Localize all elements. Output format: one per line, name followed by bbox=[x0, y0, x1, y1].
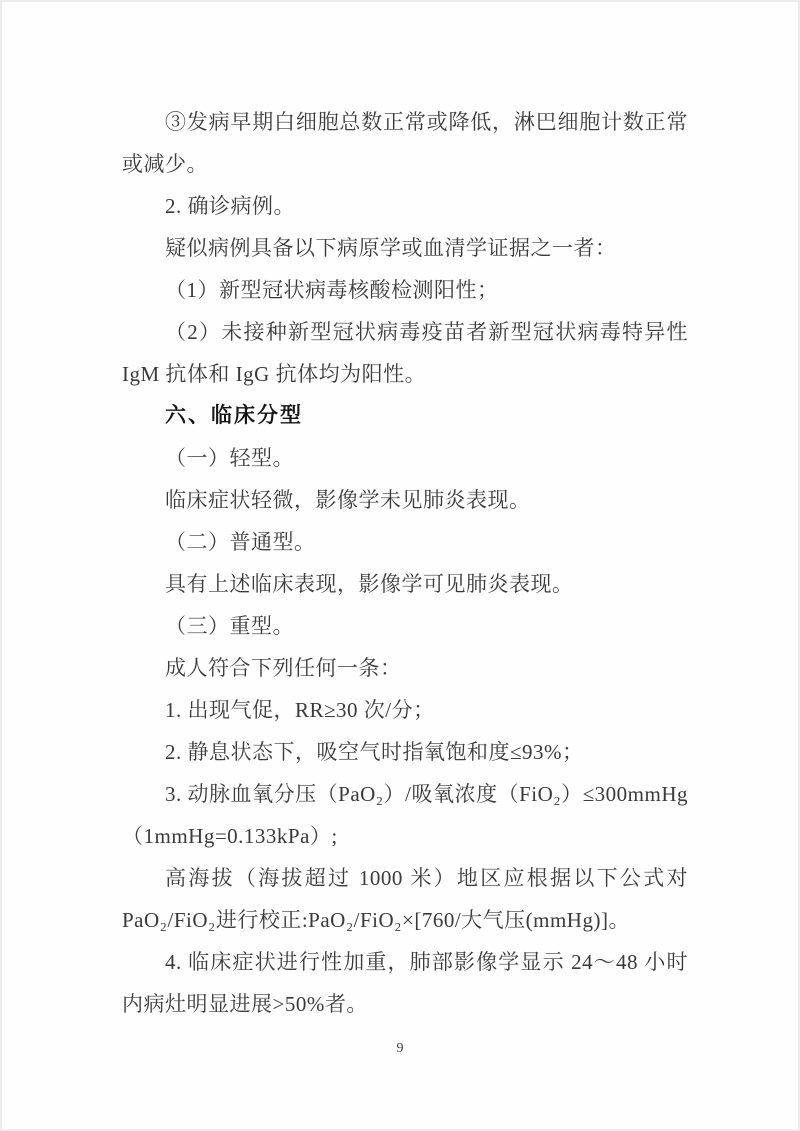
section-heading: 六、临床分型 bbox=[122, 395, 688, 437]
text-line: （1）新型冠状病毒核酸检测阳性； bbox=[122, 269, 688, 311]
text-line: （二）普通型。 bbox=[122, 521, 688, 563]
text-line: （三）重型。 bbox=[122, 605, 688, 647]
text-line: （一）轻型。 bbox=[122, 437, 688, 479]
text-line: 4. 临床症状进行性加重，肺部影像学显示 24～48 小时 bbox=[122, 941, 688, 983]
text-line: 高海拔（海拔超过 1000 米）地区应根据以下公式对 bbox=[122, 857, 688, 899]
text-line: 3. 动脉血氧分压（PaO₂）/吸氧浓度（FiO₂）≤300mmHg bbox=[122, 773, 688, 815]
text-line: 具有上述临床表现，影像学可见肺炎表现。 bbox=[122, 563, 688, 605]
text-line: 2. 静息状态下，吸空气时指氧饱和度≤93%； bbox=[122, 731, 688, 773]
text-line: ③发病早期白细胞总数正常或降低，淋巴细胞计数正常 bbox=[122, 101, 688, 143]
text-line: PaO₂/FiO₂进行校正:PaO₂/FiO₂×[760/大气压(mmHg)]。 bbox=[122, 899, 688, 941]
text-line: 成人符合下列任何一条： bbox=[122, 647, 688, 689]
text-line: IgM 抗体和 IgG 抗体均为阳性。 bbox=[122, 353, 688, 395]
document-page: ③发病早期白细胞总数正常或降低，淋巴细胞计数正常或减少。2. 确诊病例。疑似病例… bbox=[0, 0, 800, 1131]
text-line: 临床症状轻微，影像学未见肺炎表现。 bbox=[122, 479, 688, 521]
page-number: 9 bbox=[0, 1041, 800, 1057]
text-line: 1. 出现气促，RR≥30 次/分； bbox=[122, 689, 688, 731]
text-line: （2）未接种新型冠状病毒疫苗者新型冠状病毒特异性 bbox=[122, 311, 688, 353]
text-line: 疑似病例具备以下病原学或血清学证据之一者： bbox=[122, 227, 688, 269]
document-body: ③发病早期白细胞总数正常或降低，淋巴细胞计数正常或减少。2. 确诊病例。疑似病例… bbox=[122, 101, 688, 1025]
text-line: 内病灶明显进展>50%者。 bbox=[122, 983, 688, 1025]
text-line: 或减少。 bbox=[122, 143, 688, 185]
text-line: （1mmHg=0.133kPa）; bbox=[122, 815, 688, 857]
text-line: 2. 确诊病例。 bbox=[122, 185, 688, 227]
